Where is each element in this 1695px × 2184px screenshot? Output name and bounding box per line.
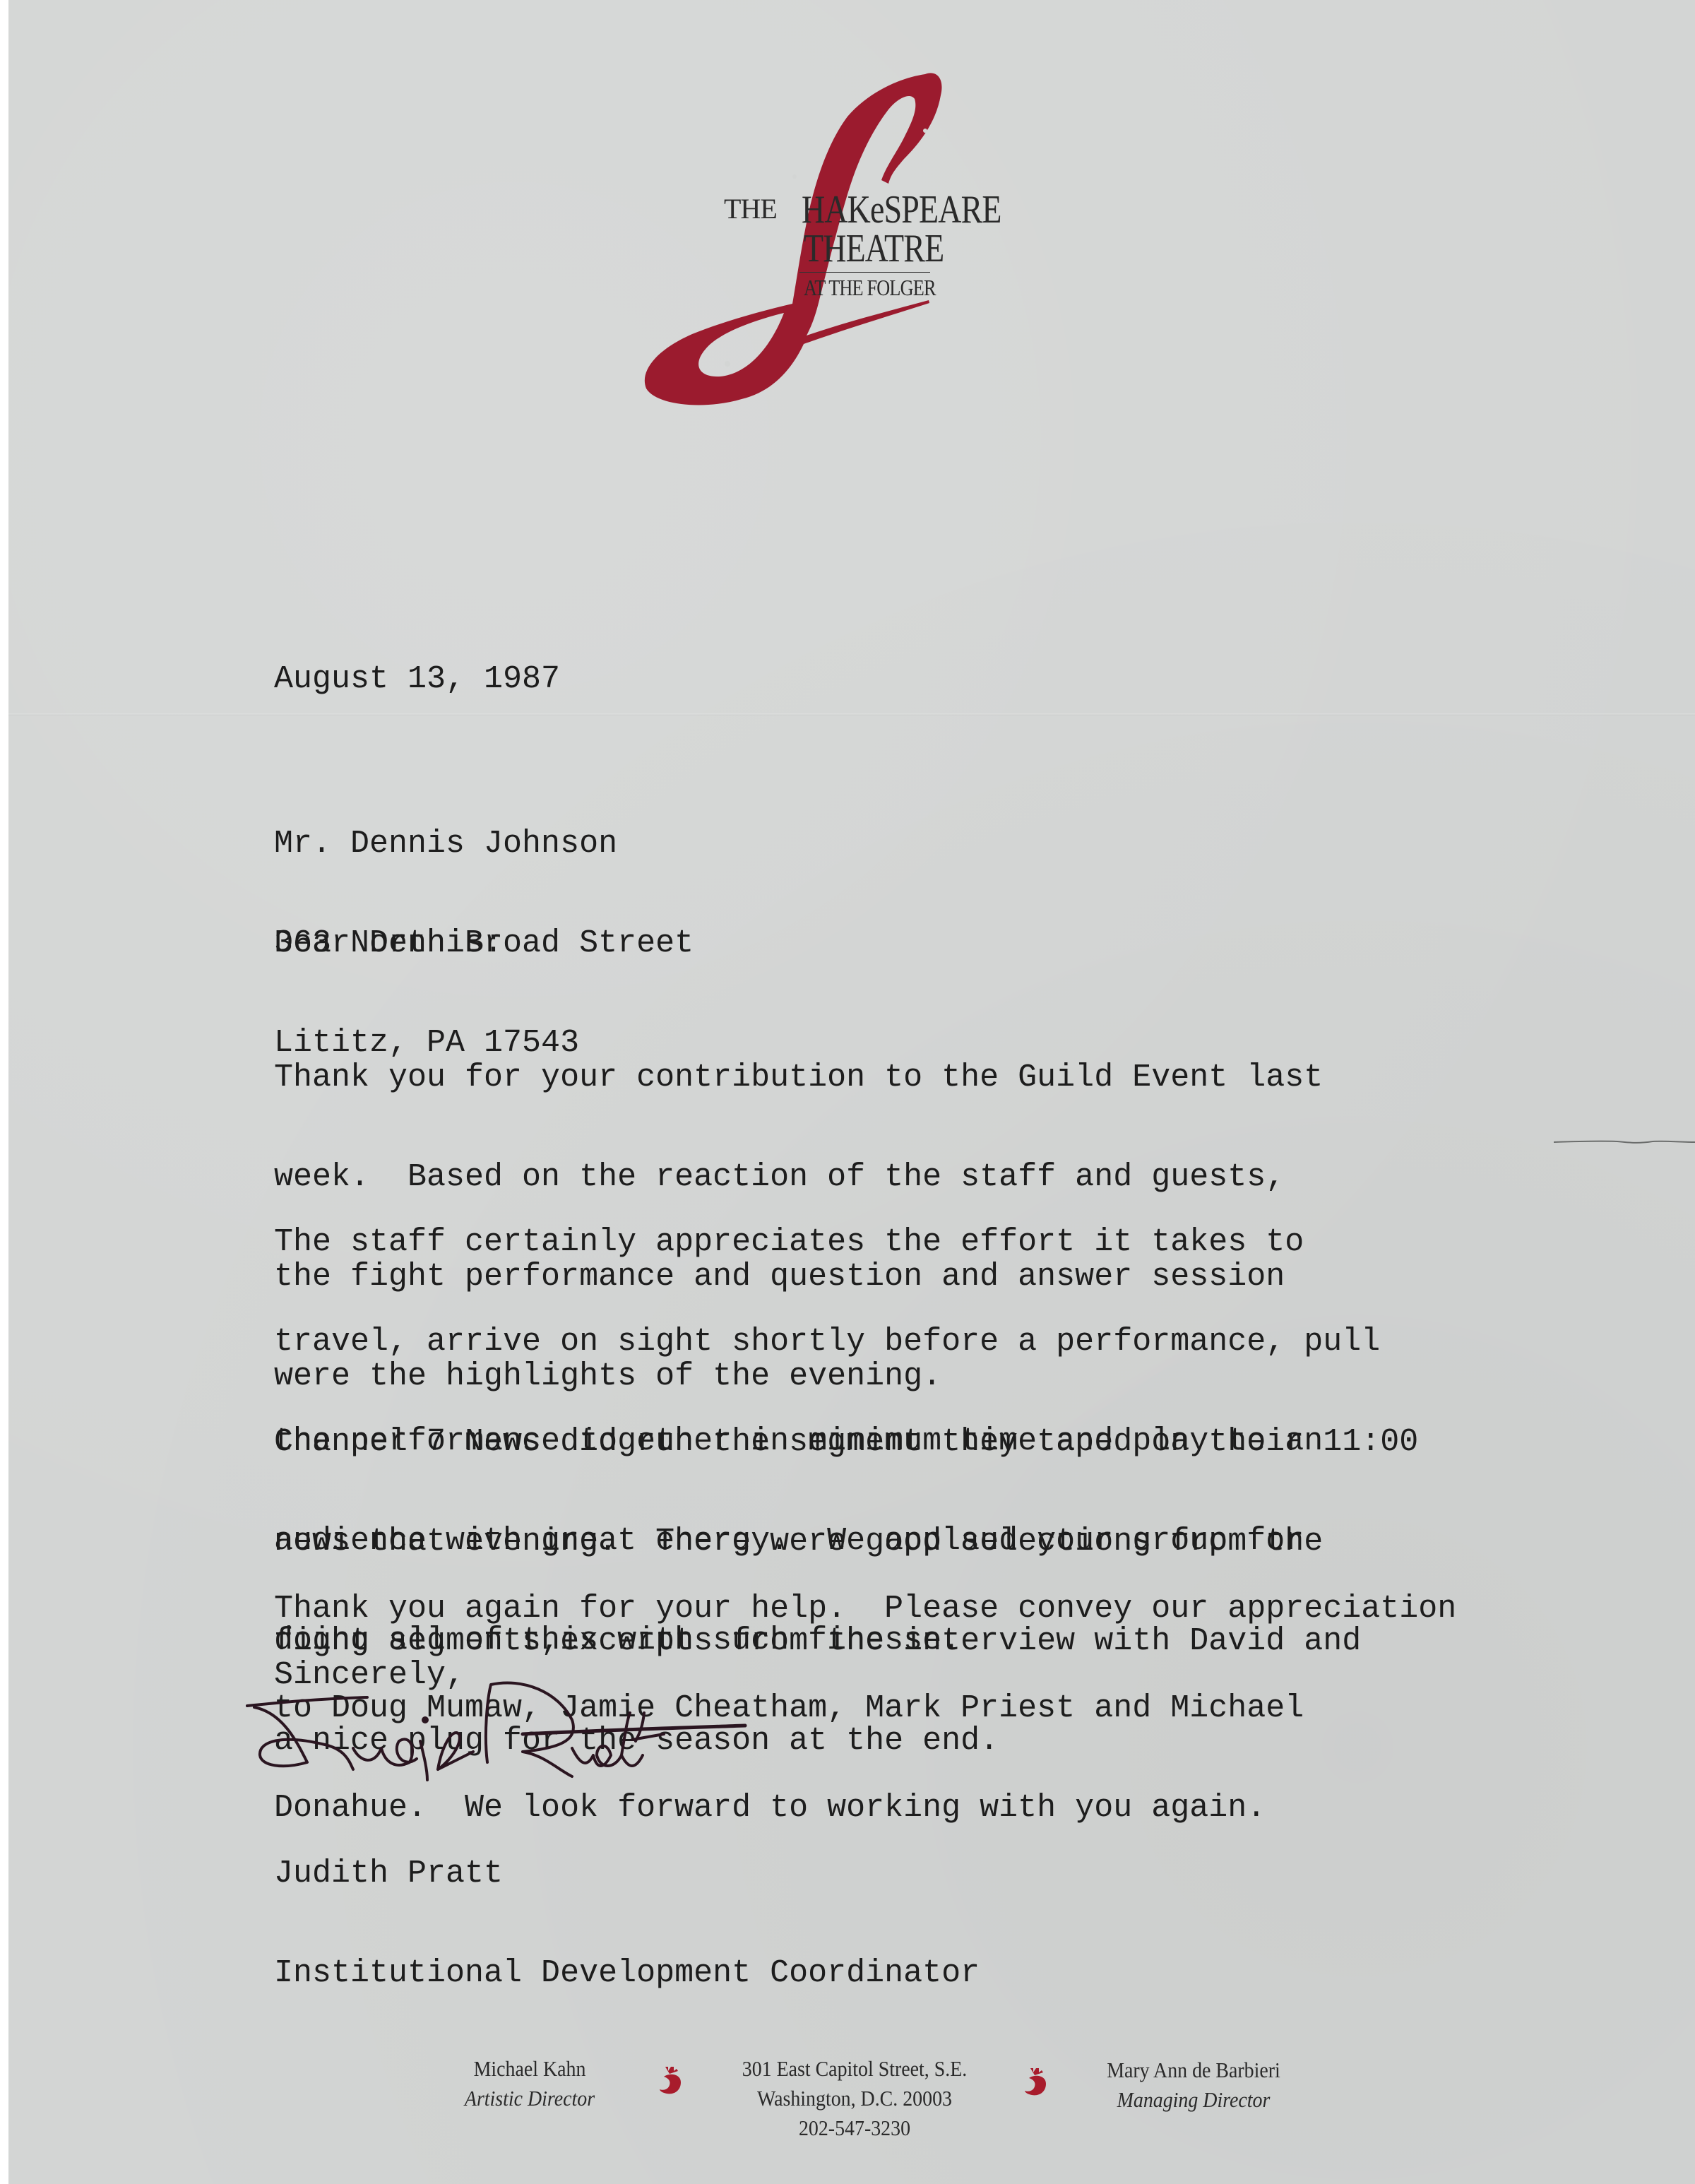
signer-name: Judith Pratt: [274, 1857, 980, 1890]
apple-icon: [655, 2063, 684, 2096]
paper-crease: [1554, 1139, 1695, 1146]
recipient-name: Mr. Dennis Johnson: [274, 827, 694, 860]
paragraph-line: Thank you for your contribution to the G…: [274, 1061, 1323, 1094]
paragraph-line: Thank you again for your help. Please co…: [274, 1592, 1456, 1625]
footer-city: Washington, D.C. 20003: [708, 2084, 1001, 2113]
footer-address: 301 East Capitol Street, S.E. Washington…: [708, 2054, 1001, 2143]
footer-artistic-director: Michael Kahn Artistic Director: [447, 2054, 612, 2113]
paragraph-line: Channel 7 News did run the segment they …: [274, 1425, 1418, 1459]
signature-block: Judith Pratt Institutional Development C…: [274, 1791, 980, 2056]
letter-body: August 13, 1987 Mr. Dennis Johnson 363 N…: [274, 0, 1545, 598]
artistic-director-title: Artistic Director: [447, 2084, 612, 2113]
paper-fold-line: [8, 713, 1695, 716]
artistic-director-name: Michael Kahn: [447, 2054, 612, 2084]
footer-managing-director: Mary Ann de Barbieri Managing Director: [1079, 2055, 1308, 2115]
footer-phone: 202-547-3230: [708, 2113, 1001, 2143]
handwritten-signature-icon: [240, 1663, 777, 1791]
managing-director-title: Managing Director: [1079, 2085, 1308, 2115]
salutation: Dear Dennis:: [274, 927, 503, 960]
paragraph-line: The staff certainly appreciates the effo…: [274, 1225, 1380, 1259]
managing-director-name: Mary Ann de Barbieri: [1079, 2055, 1308, 2085]
letter-date: August 13, 1987: [274, 663, 560, 696]
footer-street: 301 East Capitol Street, S.E.: [708, 2054, 1001, 2084]
paragraph-line: travel, arrive on sight shortly before a…: [274, 1325, 1380, 1358]
apple-icon: [1021, 2064, 1049, 2098]
signer-title: Institutional Development Coordinator: [274, 1957, 980, 1990]
